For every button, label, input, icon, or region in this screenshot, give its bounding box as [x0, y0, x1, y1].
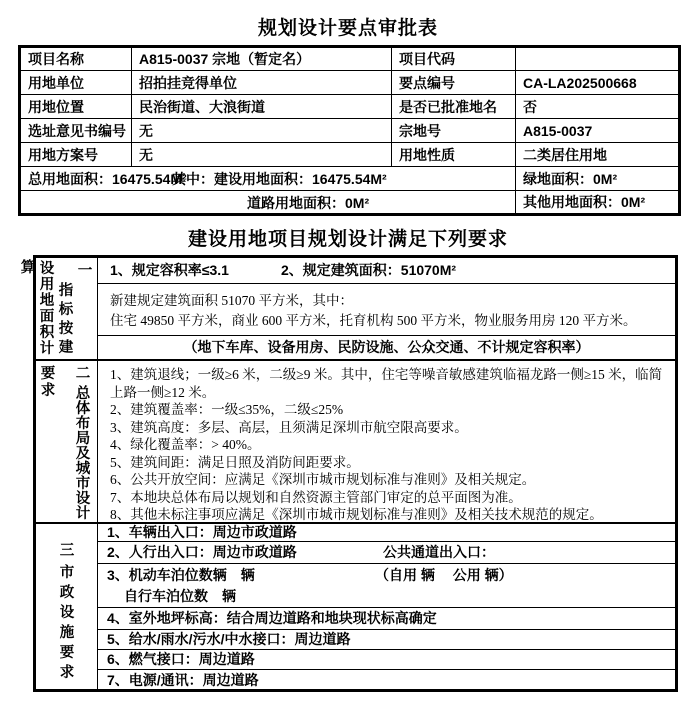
field-label: 用地位置 [20, 95, 132, 119]
section2-header-text: 总体布局及城市设计 [75, 387, 91, 522]
section3-header-text: 市政设施要求 [59, 563, 75, 683]
total-area-cell: 总用地面积：16475.54M² 其中：建设用地面积：16475.54M² [20, 167, 516, 191]
section3-header-num: 三 [59, 541, 75, 561]
road-area-text: 道路用地面积：0M² [247, 191, 369, 215]
requirement-item: 2、建筑覆盖率：一级≤35%，二级≤25% [110, 401, 665, 419]
section2-header-col2: 要求 [40, 366, 56, 400]
requirements-title: 建设用地项目规划设计满足下列要求 [18, 224, 678, 251]
vehicle-entrance-row: 1、车辆出入口：周边市政道路 [98, 524, 675, 542]
requirement-item: 5、建筑间距：满足日照及消防间距要求。 [110, 454, 665, 472]
section1-header-col2: 指标按建 [58, 282, 74, 358]
field-label: 用地方案号 [20, 143, 132, 167]
plot-ratio-text: 1、规定容积率≤3.1 [110, 262, 229, 278]
area-row: 道路用地面积：0M² 其他用地面积：0M² [20, 191, 680, 215]
section2-header-num: 二 [75, 366, 91, 383]
section1-header: 一 指标按建 设用地面积计 算 [36, 258, 98, 359]
field-label: 用地单位 [20, 71, 132, 95]
total-area-text: 总用地面积：16475.54M² [28, 171, 187, 187]
section2-header: 二 总体布局及城市设计 要求 [36, 361, 98, 522]
field-value: 招拍挂竞得单位 [132, 71, 392, 95]
public-passage-text: 公共通道出入口： [383, 542, 495, 563]
field-label: 宗地号 [392, 119, 516, 143]
field-value: 否 [516, 95, 680, 119]
info-row: 用地位置 民治街道、大浪街道 是否已批准地名 否 [20, 95, 680, 119]
green-area-text: 绿地面积：0M² [516, 167, 680, 191]
project-info-table: 项目名称 A815-0037 宗地（暂定名） 项目代码 用地单位 招拍挂竞得单位… [18, 45, 681, 216]
field-label: 是否已批准地名 [392, 95, 516, 119]
field-value: 无 [132, 119, 392, 143]
field-value: 无 [132, 143, 392, 167]
section2-header-col1: 二 总体布局及城市设计 [75, 366, 91, 522]
section-indicators: 一 指标按建 设用地面积计 算 1、规定容积率≤3.1 2、规定建筑面积：510… [36, 258, 675, 359]
field-value: CA-LA202500668 [516, 71, 680, 95]
bicycle-parking-text: 自行车泊位数 辆 [124, 586, 675, 607]
section1-header-num: 一 [77, 263, 93, 280]
section1-header-overflow: 算 [20, 260, 36, 277]
section-municipal: 三 市政设施要求 1、车辆出入口：周边市政道路 2、人行出入口：周边市政道路 公… [36, 522, 675, 691]
section1-content: 1、规定容积率≤3.1 2、规定建筑面积：51070M² 新建规定建筑面积 51… [98, 258, 675, 359]
detail-line: 住宅 49850 平方米，商业 600 平方米，托育机构 500 平方米，物业服… [110, 311, 669, 331]
info-row: 选址意见书编号 无 宗地号 A815-0037 [20, 119, 680, 143]
info-row: 用地方案号 无 用地性质 二类居住用地 [20, 143, 680, 167]
document-page: { "doc": { "title1": "规划设计要点审批表", "title… [0, 0, 688, 715]
info-row: 用地单位 招拍挂竞得单位 要点编号 CA-LA202500668 [20, 71, 680, 95]
section1-header-col3: 设用地面积计 [39, 261, 55, 357]
page-title: 规划设计要点审批表 [18, 13, 678, 40]
field-value: 民治街道、大浪街道 [132, 95, 392, 119]
building-area-detail: 新建规定建筑面积 51070 平方米，其中： 住宅 49850 平方米，商业 6… [98, 284, 675, 336]
field-value: A815-0037 [516, 119, 680, 143]
requirements-table: 一 指标按建 设用地面积计 算 1、规定容积率≤3.1 2、规定建筑面积：510… [33, 255, 678, 692]
exclusion-note: （地下车库、设备用房、民防设施、公众交通、不计规定容积率） [98, 336, 675, 359]
field-value: 二类居住用地 [516, 143, 680, 167]
pedestrian-entrance-row: 2、人行出入口：周边市政道路 公共通道出入口： [98, 542, 675, 564]
requirement-item: 6、公共开放空间：应满足《深圳市城市规划标准与准则》及相关规定。 [110, 471, 665, 489]
requirement-item: 4、绿化覆盖率：> 40%。 [110, 436, 665, 454]
requirement-item: 8、其他未标注事项应满足《深圳市城市规划标准与准则》及相关技术规范的规定。 [110, 506, 665, 524]
field-label: 用地性质 [392, 143, 516, 167]
ground-elevation-row: 4、室外地坪标高：结合周边道路和地块现状标高确定 [98, 608, 675, 630]
building-area-text: 2、规定建筑面积：51070M² [281, 258, 456, 283]
requirement-item: 1、建筑退线；一级≥6 米，二级≥9 米。其中，住宅等噪音敏感建筑临福龙路一侧≥… [110, 366, 665, 401]
plot-ratio-row: 1、规定容积率≤3.1 2、规定建筑面积：51070M² [98, 258, 675, 284]
section3-header: 三 市政设施要求 [36, 524, 98, 691]
power-telecom-row: 7、电源/通讯：周边道路 [98, 670, 675, 691]
field-label: 项目名称 [20, 47, 132, 71]
section3-content: 1、车辆出入口：周边市政道路 2、人行出入口：周边市政道路 公共通道出入口： 3… [98, 524, 675, 691]
other-area-text: 其他用地面积：0M² [516, 191, 680, 215]
section3-header-col: 三 市政设施要求 [59, 541, 75, 683]
section2-content: 1、建筑退线；一级≥6 米，二级≥9 米。其中，住宅等噪音敏感建筑临福龙路一侧≥… [98, 361, 675, 522]
construction-area-text: 其中：建设用地面积：16475.54M² [172, 167, 387, 191]
section-layout: 二 总体布局及城市设计 要求 1、建筑退线；一级≥6 米，二级≥9 米。其中，住… [36, 359, 675, 522]
parking-usage-text: （自用 辆 公用 辆） [375, 565, 513, 586]
parking-row: 3、机动车泊位数辆 辆 自行车泊位数 辆 （自用 辆 公用 辆） [98, 564, 675, 608]
requirement-list: 1、建筑退线；一级≥6 米，二级≥9 米。其中，住宅等噪音敏感建筑临福龙路一侧≥… [98, 361, 675, 524]
info-row: 项目名称 A815-0037 宗地（暂定名） 项目代码 [20, 47, 680, 71]
detail-line: 新建规定建筑面积 51070 平方米，其中： [110, 291, 669, 311]
requirement-item: 7、本地块总体布局以规划和自然资源主管部门审定的总平面图为准。 [110, 489, 665, 507]
area-row: 总用地面积：16475.54M² 其中：建设用地面积：16475.54M² 绿地… [20, 167, 680, 191]
field-value [516, 47, 680, 71]
road-area-cell: 道路用地面积：0M² [20, 191, 516, 215]
gas-interface-row: 6、燃气接口：周边道路 [98, 650, 675, 670]
requirement-item: 3、建筑高度：多层、高层，且须满足深圳市航空限高要求。 [110, 419, 665, 437]
pedestrian-entrance-text: 2、人行出入口：周边市政道路 [107, 544, 297, 560]
field-value: A815-0037 宗地（暂定名） [132, 47, 392, 71]
field-label: 选址意见书编号 [20, 119, 132, 143]
field-label: 项目代码 [392, 47, 516, 71]
field-label: 要点编号 [392, 71, 516, 95]
water-interface-row: 5、给水/雨水/污水/中水接口：周边道路 [98, 630, 675, 650]
